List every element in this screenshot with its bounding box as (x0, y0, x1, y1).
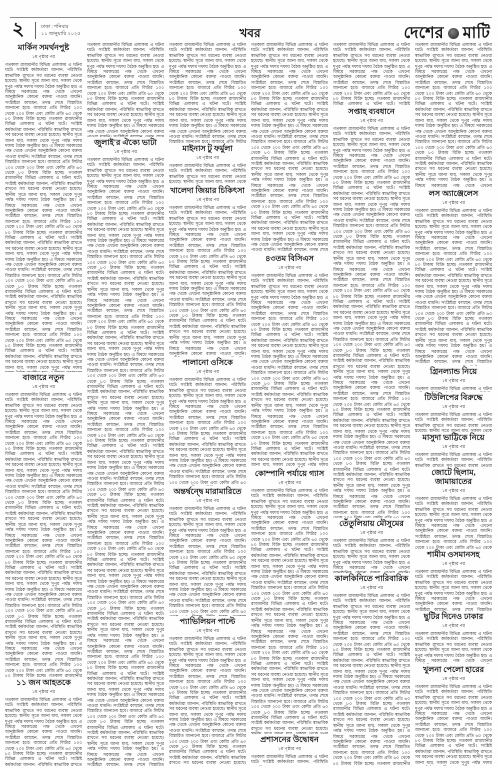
article-body: গতকাল রাজধানীর বিভিন্ন এলাকায় এ ঘটনা ঘট… (333, 42, 410, 106)
article-headline: তেঁতুলিয়ায় মৌসুমের (333, 518, 410, 530)
continued-from-label: ১ম পৃষ্ঠার পর (169, 369, 246, 377)
article-headline: কোম্পানি পর্যায়ে গ্যাস (251, 468, 328, 480)
article-body: গতকাল রাজধানীর বিভিন্ন এলাকায় এ ঘটনা ঘট… (169, 205, 246, 357)
article-section: গতকাল রাজধানীর বিভিন্ন এলাকায় এ ঘটনা ঘট… (333, 42, 410, 106)
continued-from-label: ১ম পৃষ্ঠার পর (251, 480, 328, 488)
article-section: মাইনাস টু ফর্মুলা১ম পৃষ্ঠার পরগতকাল রাজধ… (169, 143, 246, 185)
article-headline: খুলনা পেলো হারের (415, 664, 492, 676)
continued-from-label: ১ম পৃষ্ঠার পর (415, 200, 492, 208)
article-section: ছুটির দিনেও ঢাকার১ম পৃষ্ঠার পরগতকাল রাজধ… (415, 611, 492, 664)
continued-from-label: ১ম পৃষ্ঠার পর (415, 623, 492, 631)
article-body: গতকাল রাজধানীর বিভিন্ন এলাকায় এ ঘটনা ঘট… (87, 42, 164, 137)
article-section: গ্রিনল্যান্ড নিয়ে১ম পৃষ্ঠার পরগতকাল রাজ… (415, 366, 492, 392)
continued-from-label: ১ম পৃষ্ঠার পর (87, 149, 164, 157)
article-section: খালেদা জিয়ার চিকিৎসা১ম পৃষ্ঠার পরগতকাল … (169, 185, 246, 357)
continued-from-label: ১ম পৃষ্ঠার পর (415, 488, 492, 496)
news-column-5: গতকাল রাজধানীর বিভিন্ন এলাকায় এ ঘটনা ঘট… (333, 42, 410, 766)
article-section: গতকাল রাজধানীর বিভিন্ন এলাকায় এ ঘটনা ঘট… (251, 42, 328, 253)
columns-container: মার্কিন সমর্থনপুষ্ট১ম পৃষ্ঠার পরগতকাল রা… (0, 0, 500, 768)
continued-from-label: ১ম পৃষ্ঠার পর (415, 378, 492, 386)
article-section: জোটে ছিলাম, জামায়াতের১ম পৃষ্ঠার পরগতকাল… (415, 467, 492, 549)
article-section: লস অ্যাঞ্জেলেস১ম পৃষ্ঠার পরগতকাল রাজধানী… (415, 188, 492, 366)
continued-from-label: ১ম পৃষ্ঠার পর (169, 197, 246, 205)
article-section: কালকিনিতে পারিবারিক১ম পৃষ্ঠার পরগতকাল রা… (333, 573, 410, 766)
continued-from-label: ১ম পৃষ্ঠার পর (333, 530, 410, 538)
article-body: গতকাল রাজধানীর বিভিন্ন এলাকায় এ ঘটনা ঘট… (415, 412, 492, 432)
article-headline: প্রশাসনের উদ্বোধন (251, 734, 328, 746)
article-body: গতকাল রাজধানীর বিভিন্ন এলাকায় এ ঘটনা ঘট… (87, 157, 164, 766)
article-section: গতকাল রাজধানীর বিভিন্ন এলাকায় এ ঘটনা ঘট… (87, 42, 164, 137)
news-column-6: গতকাল রাজধানীর বিভিন্ন এলাকায় এ ঘটনা ঘট… (415, 42, 492, 766)
continued-from-label: ১ম পৃষ্ঠার পর (415, 561, 492, 569)
article-section: গতকাল রাজধানীর বিভিন্ন এলাকায় এ ঘটনা ঘট… (169, 42, 246, 143)
article-headline: প্যাভিলিয়ন পাল্টে (169, 616, 246, 628)
article-headline: অন্তর্দ্বন্দ্বে মারামারিতে (169, 486, 246, 498)
article-body: গতকাল রাজধানীর বিভিন্ন এলাকায় এ ঘটনা ঘট… (333, 126, 410, 518)
article-body: গতকাল রাজধানীর বিভিন্ন এলাকায় এ ঘটনা ঘট… (169, 636, 246, 766)
article-section: টিউলিপের বিরুদ্ধে১ম পৃষ্ঠার পরগতকাল রাজধ… (415, 392, 492, 432)
article-body: গতকাল রাজধানীর বিভিন্ন এলাকায় এ ঘটনা ঘট… (415, 631, 492, 664)
article-body: গতকাল রাজধানীর বিভিন্ন এলাকায় এ ঘটনা ঘট… (5, 62, 82, 372)
continued-from-label: ১ম পৃষ্ঠার পর (5, 689, 82, 697)
article-section: ১১ জন আহতকে১ম পৃষ্ঠার পরগতকাল রাজধানীর ব… (5, 677, 82, 766)
article-section: মাসুদা ভাট্টিকে নিয়ে১ম পৃষ্ঠার পরগতকাল … (415, 432, 492, 467)
article-headline: পালানো ওসিকে (169, 357, 246, 369)
article-headline: জুলাই'র ঐক্যে ভাটা (87, 137, 164, 149)
continued-from-label: ১ম পৃষ্ঠার পর (251, 746, 328, 754)
continued-from-label: ১ম পৃষ্ঠার পর (251, 265, 328, 273)
article-body: গতকাল রাজধানীর বিভিন্ন এলাকায় এ ঘটনা ঘট… (333, 593, 410, 766)
article-body: গতকাল রাজধানীর বিভিন্ন এলাকায় এ ঘটনা ঘট… (169, 377, 246, 486)
article-headline: লস অ্যাঞ্জেলেস (415, 188, 492, 200)
article-headline: খালেদা জিয়ার চিকিৎসা (169, 185, 246, 197)
continued-from-label: ১ম পৃষ্ঠার পর (169, 498, 246, 506)
news-column-3: গতকাল রাজধানীর বিভিন্ন এলাকায় এ ঘটনা ঘট… (169, 42, 246, 766)
article-headline: কালকিনিতে পারিবারিক (333, 573, 410, 585)
article-body: গতকাল রাজধানীর বিভিন্ন এলাকায় এ ঘটনা ঘট… (415, 496, 492, 549)
article-section: প্রশাসনের উদ্বোধন১ম পৃষ্ঠার পরগতকাল রাজধ… (251, 734, 328, 766)
article-body: গতকাল রাজধানীর বিভিন্ন এলাকায় এ ঘটনা ঘট… (251, 42, 328, 253)
article-section: সপ্তাহ ব্যবধানে১ম পৃষ্ঠার পরগতকাল রাজধান… (333, 106, 410, 518)
article-headline: জোটে ছিলাম, জামায়াতের (415, 467, 492, 488)
article-section: ৪৩তম বিসিএস১ম পৃষ্ঠার পরগতকাল রাজধানীর ব… (251, 253, 328, 468)
article-body: গতকাল রাজধানীর বিভিন্ন এলাকায় এ ঘটনা ঘট… (415, 452, 492, 467)
article-section: গতকাল রাজধানীর বিভিন্ন এলাকায় এ ঘটনা ঘট… (415, 42, 492, 188)
continued-from-label: ১ম পৃষ্ঠার পর (333, 118, 410, 126)
article-headline: মাসুদা ভাট্টিকে নিয়ে (415, 432, 492, 444)
article-headline: টিউলিপের বিরুদ্ধে (415, 392, 492, 404)
news-column-1: মার্কিন সমর্থনপুষ্ট১ম পৃষ্ঠার পরগতকাল রা… (5, 42, 82, 766)
article-headline: ছুটির দিনেও ঢাকার (415, 611, 492, 623)
article-section: শামীম ওসমানসহ১ম পৃষ্ঠার পরগতকাল রাজধানীর… (415, 549, 492, 611)
article-body: গতকাল রাজধানীর বিভিন্ন এলাকায় এ ঘটনা ঘট… (251, 754, 328, 766)
news-column-2: গতকাল রাজধানীর বিভিন্ন এলাকায় এ ঘটনা ঘট… (87, 42, 164, 766)
article-body: গতকাল রাজধানীর বিভিন্ন এলাকায় এ ঘটনা ঘট… (333, 538, 410, 573)
article-section: খুলনা পেলো হারের১ম পৃষ্ঠার পরগতকাল রাজধা… (415, 664, 492, 766)
article-body: গতকাল রাজধানীর বিভিন্ন এলাকায় এ ঘটনা ঘট… (251, 273, 328, 468)
article-headline: মাইনাস টু ফর্মুলা (169, 143, 246, 155)
article-section: কোম্পানি পর্যায়ে গ্যাস১ম পৃষ্ঠার পরগতকা… (251, 468, 328, 734)
article-body: গতকাল রাজধানীর বিভিন্ন এলাকায় এ ঘটনা ঘট… (251, 488, 328, 734)
article-body: গতকাল রাজধানীর বিভিন্ন এলাকায় এ ঘটনা ঘট… (5, 697, 82, 766)
article-headline: গ্রিনল্যান্ড নিয়ে (415, 366, 492, 378)
newspaper-page: ২ ঢাকা : শনিবার ১১ জানুয়ারি ২০২৫ খবর দে… (0, 0, 500, 768)
news-column-4: গতকাল রাজধানীর বিভিন্ন এলাকায় এ ঘটনা ঘট… (251, 42, 328, 766)
continued-from-label: ১ম পৃষ্ঠার পর (5, 54, 82, 62)
article-headline: ৪৩তম বিসিএস (251, 253, 328, 265)
article-headline: সপ্তাহ ব্যবধানে (333, 106, 410, 118)
article-body: গতকাল রাজধানীর বিভিন্ন এলাকায় এ ঘটনা ঘট… (169, 506, 246, 616)
article-section: বাজারে নতুন১ম পৃষ্ঠার পরগতকাল রাজধানীর ব… (5, 372, 82, 677)
article-headline: ১১ জন আহতকে (5, 677, 82, 689)
article-headline: মার্কিন সমর্থনপুষ্ট (5, 42, 82, 54)
article-body: গতকাল রাজধানীর বিভিন্ন এলাকায় এ ঘটনা ঘট… (5, 392, 82, 677)
article-section: তেঁতুলিয়ায় মৌসুমের১ম পৃষ্ঠার পরগতকাল র… (333, 518, 410, 573)
article-section: পালানো ওসিকে১ম পৃষ্ঠার পরগতকাল রাজধানীর … (169, 357, 246, 486)
continued-from-label: ১ম পৃষ্ঠার পর (5, 384, 82, 392)
article-section: জুলাই'র ঐক্যে ভাটা১ম পৃষ্ঠার পরগতকাল রাজ… (87, 137, 164, 766)
continued-from-label: ১ম পৃষ্ঠার পর (169, 628, 246, 636)
article-headline: শামীম ওসমানসহ (415, 549, 492, 561)
article-body: গতকাল রাজধানীর বিভিন্ন এলাকায় এ ঘটনা ঘট… (415, 208, 492, 366)
article-body: গতকাল রাজধানীর বিভিন্ন এলাকায় এ ঘটনা ঘট… (169, 163, 246, 185)
continued-from-label: ১ম পৃষ্ঠার পর (415, 444, 492, 452)
continued-from-label: ১ম পৃষ্ঠার পর (333, 585, 410, 593)
continued-from-label: ১ম পৃষ্ঠার পর (415, 676, 492, 684)
article-section: মার্কিন সমর্থনপুষ্ট১ম পৃষ্ঠার পরগতকাল রা… (5, 42, 82, 372)
continued-from-label: ১ম পৃষ্ঠার পর (169, 155, 246, 163)
article-body: গতকাল রাজধানীর বিভিন্ন এলাকায় এ ঘটনা ঘট… (415, 569, 492, 611)
article-section: প্যাভিলিয়ন পাল্টে১ম পৃষ্ঠার পরগতকাল রাজ… (169, 616, 246, 766)
article-section: অন্তর্দ্বন্দ্বে মারামারিতে১ম পৃষ্ঠার পরগ… (169, 486, 246, 616)
article-body: গতকাল রাজধানীর বিভিন্ন এলাকায় এ ঘটনা ঘট… (169, 42, 246, 143)
article-headline: বাজারে নতুন (5, 372, 82, 384)
article-body: গতকাল রাজধানীর বিভিন্ন এলাকায় এ ঘটনা ঘট… (415, 42, 492, 188)
continued-from-label: ১ম পৃষ্ঠার পর (415, 404, 492, 412)
article-body: গতকাল রাজধানীর বিভিন্ন এলাকায় এ ঘটনা ঘট… (415, 684, 492, 766)
